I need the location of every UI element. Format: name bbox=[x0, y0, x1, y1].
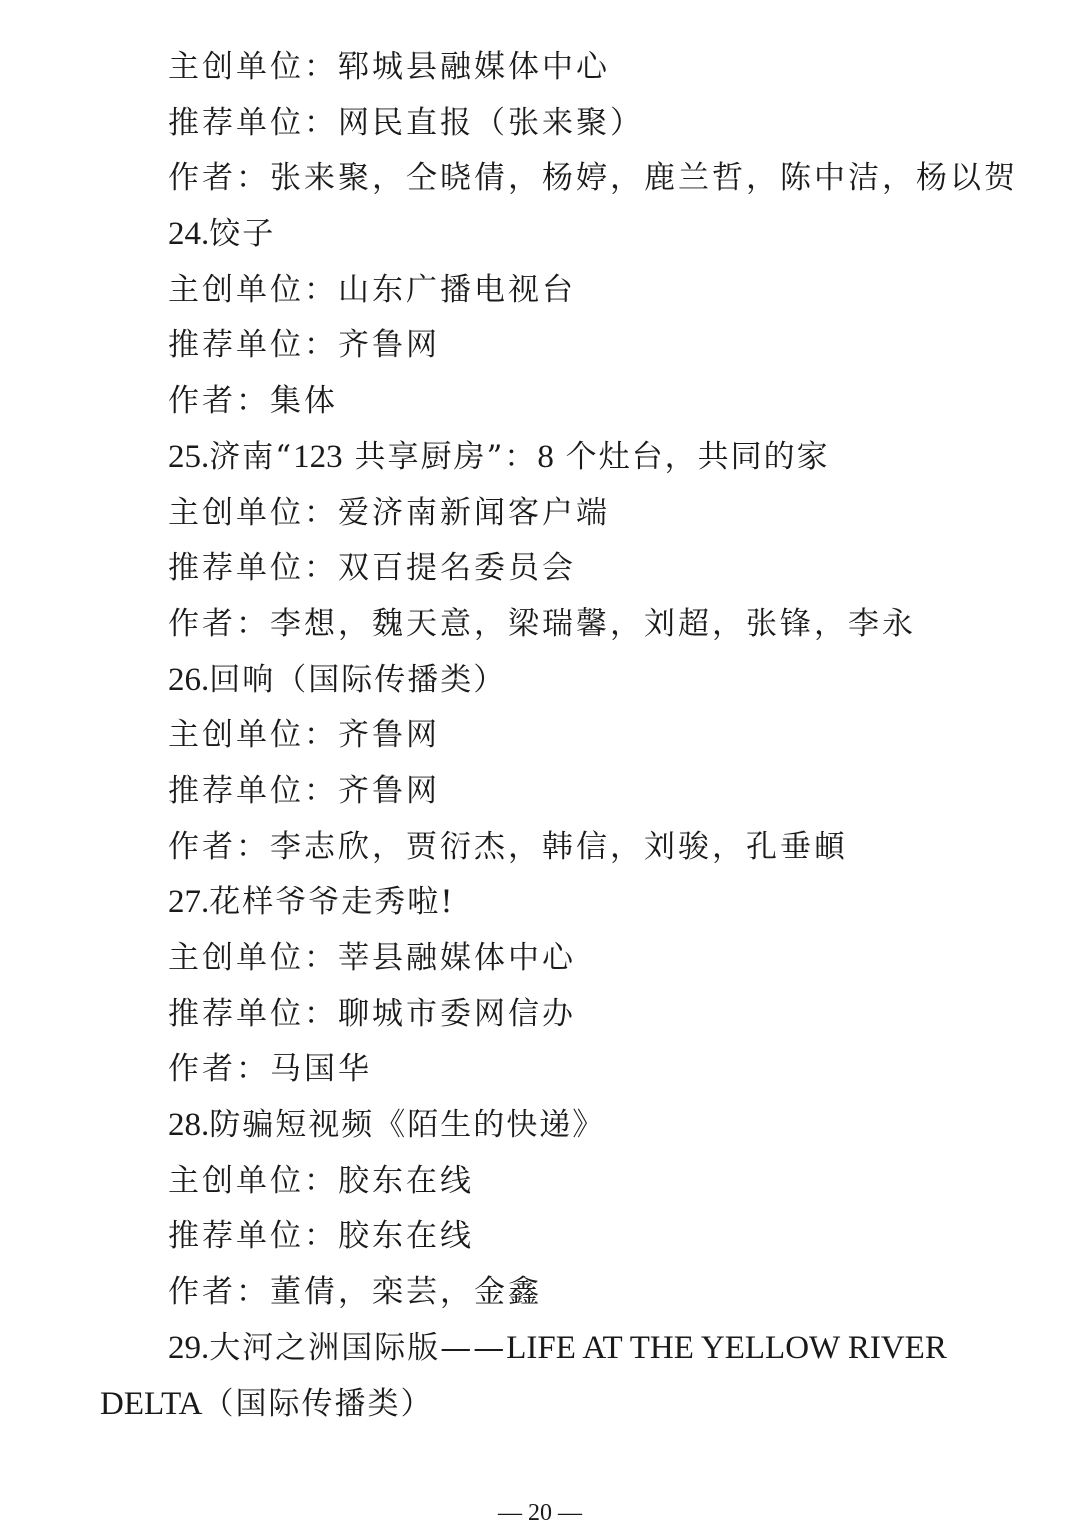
carryover-authors-line: 作者：张来聚，仝晓倩，杨婷，鹿兰哲，陈中洁，杨以贺 bbox=[100, 151, 980, 207]
entry-number: 26. bbox=[168, 662, 209, 698]
producer-label: 主创单位： bbox=[168, 1163, 338, 1199]
entry-number: 24. bbox=[168, 216, 209, 252]
authors-value: 集体 bbox=[270, 383, 338, 419]
producer-value: 山东广播电视台 bbox=[338, 272, 576, 308]
authors-value: 李志欣，贾衍杰，韩信，刘骏，孔垂頔 bbox=[270, 829, 848, 865]
entry-title-en-cont: DELTA bbox=[100, 1386, 202, 1422]
carryover-recommender-line: 推荐单位：网民直报（张来聚） bbox=[100, 96, 980, 152]
recommender-value: 胶东在线 bbox=[338, 1218, 474, 1254]
entry-title-en: LIFE AT THE YELLOW RIVER bbox=[506, 1330, 947, 1366]
entry-26-producer-line: 主创单位：齐鲁网 bbox=[100, 708, 980, 764]
recommender-value: 双百提名委员会 bbox=[338, 550, 576, 586]
entry-number: 28. bbox=[168, 1107, 209, 1143]
authors-value: 李想，魏天意，梁瑞馨，刘超，张锋，李永 bbox=[270, 606, 916, 642]
entry-28-producer-line: 主创单位：胶东在线 bbox=[100, 1154, 980, 1210]
entry-24-recommender-line: 推荐单位：齐鲁网 bbox=[100, 318, 980, 374]
entry-25-authors-line: 作者：李想，魏天意，梁瑞馨，刘超，张锋，李永 bbox=[100, 597, 980, 653]
recommender-label: 推荐单位： bbox=[168, 773, 338, 809]
entry-25-producer-line: 主创单位：爱济南新闻客户端 bbox=[100, 486, 980, 542]
producer-value: 莘县融媒体中心 bbox=[338, 940, 576, 976]
recommender-value: 网民直报（张来聚） bbox=[338, 105, 644, 141]
document-page: 主创单位：郓城县融媒体中心 推荐单位：网民直报（张来聚） 作者：张来聚，仝晓倩，… bbox=[0, 0, 1080, 1536]
producer-label: 主创单位： bbox=[168, 717, 338, 753]
entry-28-recommender-line: 推荐单位：胶东在线 bbox=[100, 1209, 980, 1265]
entry-29-title-line-2: DELTA（国际传播类） bbox=[100, 1377, 980, 1433]
recommender-label: 推荐单位： bbox=[168, 327, 338, 363]
entry-title-number: 123 bbox=[293, 439, 343, 475]
authors-label: 作者： bbox=[168, 383, 270, 419]
recommender-label: 推荐单位： bbox=[168, 996, 338, 1032]
entry-number: 25. bbox=[168, 439, 209, 475]
document-body: 主创单位：郓城县融媒体中心 推荐单位：网民直报（张来聚） 作者：张来聚，仝晓倩，… bbox=[100, 40, 980, 1432]
recommender-label: 推荐单位： bbox=[168, 550, 338, 586]
entry-title: 回响（国际传播类） bbox=[209, 662, 506, 698]
entry-27-producer-line: 主创单位：莘县融媒体中心 bbox=[100, 931, 980, 987]
entry-title-cn: 大河之洲国际版—— bbox=[209, 1330, 506, 1366]
entry-title-prefix: 济南“ bbox=[209, 439, 293, 475]
producer-value: 齐鲁网 bbox=[338, 717, 440, 753]
recommender-label: 推荐单位： bbox=[168, 1218, 338, 1254]
producer-value: 胶东在线 bbox=[338, 1163, 474, 1199]
entry-title-suffix: 共享厨房”： bbox=[343, 439, 538, 475]
entry-title: 防骗短视频《陌生的快递》 bbox=[209, 1107, 605, 1143]
entry-title-rest: 个灶台，共同的家 bbox=[554, 439, 830, 475]
authors-label: 作者： bbox=[168, 1051, 270, 1087]
entry-29-title-line-1: 29.大河之洲国际版——LIFE AT THE YELLOW RIVER bbox=[100, 1321, 980, 1377]
carryover-producer-line: 主创单位：郓城县融媒体中心 bbox=[100, 40, 980, 96]
entry-27-recommender-line: 推荐单位：聊城市委网信办 bbox=[100, 987, 980, 1043]
entry-24-authors-line: 作者：集体 bbox=[100, 374, 980, 430]
entry-28-title: 28.防骗短视频《陌生的快递》 bbox=[100, 1098, 980, 1154]
authors-label: 作者： bbox=[168, 1274, 270, 1310]
entry-27-title: 27.花样爷爷走秀啦! bbox=[100, 875, 980, 931]
entry-28-authors-line: 作者：董倩，栾芸，金鑫 bbox=[100, 1265, 980, 1321]
entry-title-suffix: （国际传播类） bbox=[202, 1386, 433, 1422]
authors-label: 作者： bbox=[168, 829, 270, 865]
recommender-label: 推荐单位： bbox=[168, 105, 338, 141]
entry-25-title: 25.济南“123 共享厨房”：8 个灶台，共同的家 bbox=[100, 430, 980, 486]
entry-title: 饺子 bbox=[209, 216, 275, 252]
producer-value: 爱济南新闻客户端 bbox=[338, 495, 610, 531]
entry-26-recommender-line: 推荐单位：齐鲁网 bbox=[100, 764, 980, 820]
entry-number: 27. bbox=[168, 884, 209, 920]
entry-24-title: 24.饺子 bbox=[100, 207, 980, 263]
entry-26-authors-line: 作者：李志欣，贾衍杰，韩信，刘骏，孔垂頔 bbox=[100, 820, 980, 876]
authors-value: 董倩，栾芸，金鑫 bbox=[270, 1274, 542, 1310]
entry-26-title: 26.回响（国际传播类） bbox=[100, 653, 980, 709]
authors-value: 马国华 bbox=[270, 1051, 372, 1087]
entry-25-recommender-line: 推荐单位：双百提名委员会 bbox=[100, 541, 980, 597]
producer-label: 主创单位： bbox=[168, 272, 338, 308]
recommender-value: 齐鲁网 bbox=[338, 327, 440, 363]
entry-number: 29. bbox=[168, 1330, 209, 1366]
entry-title: 花样爷爷走秀啦! bbox=[209, 884, 454, 920]
entry-title-number-2: 8 bbox=[537, 439, 554, 475]
producer-value: 郓城县融媒体中心 bbox=[338, 49, 610, 85]
producer-label: 主创单位： bbox=[168, 49, 338, 85]
authors-label: 作者： bbox=[168, 160, 270, 196]
entry-27-authors-line: 作者：马国华 bbox=[100, 1042, 980, 1098]
authors-value: 张来聚，仝晓倩，杨婷，鹿兰哲，陈中洁，杨以贺 bbox=[270, 160, 1018, 196]
recommender-value: 齐鲁网 bbox=[338, 773, 440, 809]
page-number: — 20 — bbox=[0, 1500, 1080, 1527]
producer-label: 主创单位： bbox=[168, 940, 338, 976]
producer-label: 主创单位： bbox=[168, 495, 338, 531]
entry-24-producer-line: 主创单位：山东广播电视台 bbox=[100, 263, 980, 319]
recommender-value: 聊城市委网信办 bbox=[338, 996, 576, 1032]
authors-label: 作者： bbox=[168, 606, 270, 642]
